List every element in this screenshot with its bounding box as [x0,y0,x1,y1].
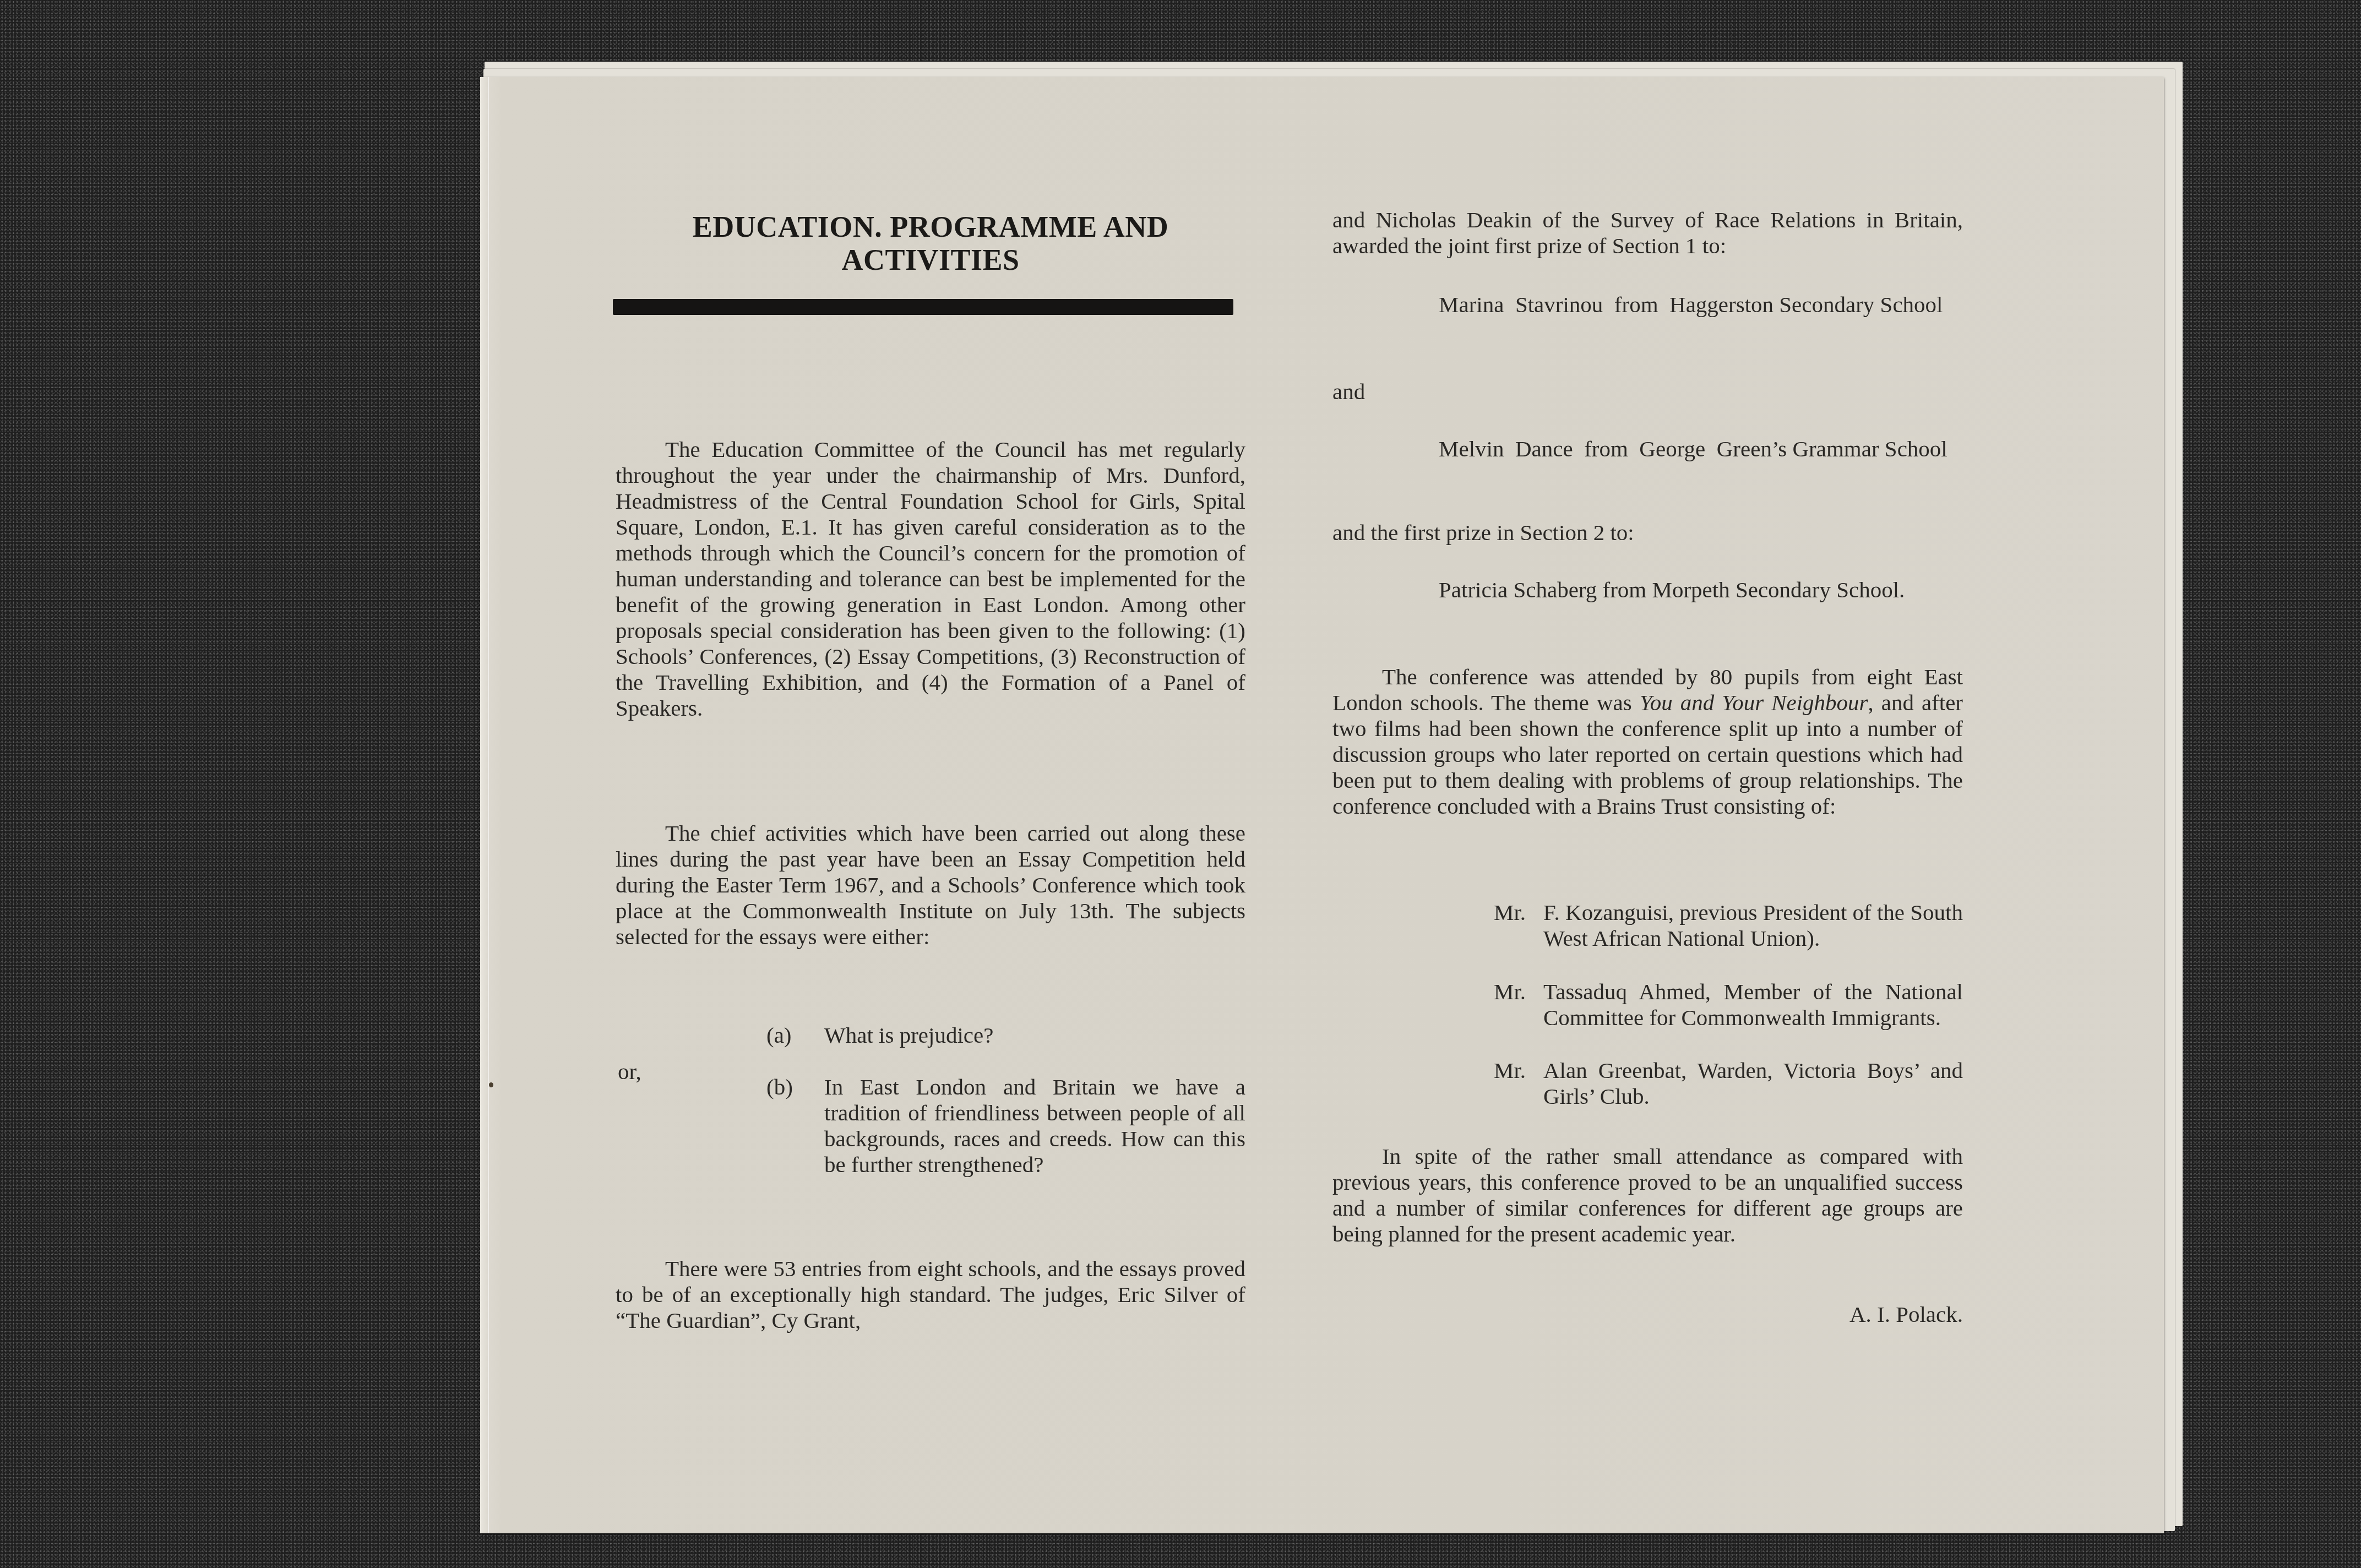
paragraph-activities: The chief activities which have been car… [616,820,1245,950]
winner-1: Marina Stavrinou from Haggerston Seconda… [1439,292,1963,318]
title-rule [613,299,1233,315]
paragraph-section-2: and the first prize in Section 2 to: [1332,520,1963,546]
essay-subject-b-label: (b) [766,1074,793,1100]
or-label: or, [618,1059,641,1085]
signature: A. I. Polack. [1332,1302,1963,1327]
paragraph-committee: The Education Committee of the Council h… [616,437,1245,721]
essay-subject-a-label: (a) [766,1022,792,1048]
brains-trust-3: Alan Greenbat, Warden, Victoria Boys’ an… [1543,1058,1963,1109]
winner-1-text: Marina Stavrinou from Haggerston Seconda… [1439,292,1963,318]
paper-speck [489,1082,493,1087]
brains-trust-1: F. Kozanguisi, previous President of the… [1543,900,1963,951]
conference-theme: You and Your Neighbour [1640,690,1868,715]
paragraph-conclusion: In spite of the rather small attendance … [1332,1144,1963,1247]
paragraph-conference: The conference was attended by 80 pupils… [1332,664,1963,819]
paragraph-entries: There were 53 entries from eight schools… [616,1256,1245,1333]
essay-subject-b: In East London and Britain we have a tra… [824,1074,1245,1178]
winner-2-text: Melvin Dance from George Green’s Grammar… [1439,436,1963,462]
and-label: and [1332,379,1365,405]
brains-trust-2: Tassaduq Ahmed, Member of the National C… [1543,979,1963,1031]
brains-trust-3-prefix: Mr. [1494,1058,1526,1084]
paragraph-judges: and Nicholas Deakin of the Survey of Rac… [1332,207,1963,259]
winner-3: Patricia Schaberg from Morpeth Secondary… [1439,577,1963,603]
winner-2: Melvin Dance from George Green’s Grammar… [1439,436,1963,462]
brains-trust-2-prefix: Mr. [1494,979,1526,1005]
brains-trust-1-prefix: Mr. [1494,900,1526,925]
winner-3-text: Patricia Schaberg from Morpeth Secondary… [1439,577,1963,603]
page-binding-edge [488,77,489,1533]
page-title: EDUCATION. PROGRAMME AND ACTIVITIES [616,210,1245,276]
essay-subject-a: What is prejudice? [824,1022,1245,1048]
